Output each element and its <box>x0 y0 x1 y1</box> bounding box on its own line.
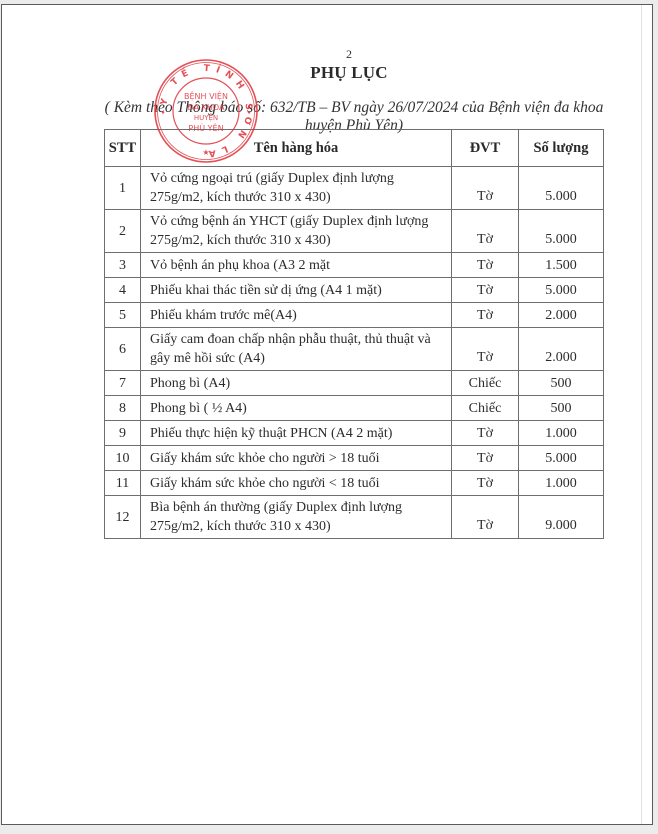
table-row: 11Giấy khám sức khỏe cho người < 18 tuổi… <box>105 471 604 496</box>
item-name-line-2: gây mê hồi sức (A4) <box>150 349 451 368</box>
table-row: 3Vỏ bệnh án phụ khoa (A3 2 mặtTờ1.500 <box>105 253 604 278</box>
subtitle-line-1: ( Kèm theo Thông báo số: 632/TB – BV ngà… <box>104 99 604 117</box>
row-unit: Tờ <box>452 421 519 446</box>
item-name-line-1: Bìa bệnh án thường (giấy Duplex định lượ… <box>150 498 451 517</box>
row-item-name: Vỏ cứng bệnh án YHCT (giấy Duplex định l… <box>141 210 452 253</box>
row-unit: Tờ <box>452 496 519 539</box>
row-stt: 6 <box>105 328 141 371</box>
item-name-line-1: Phiếu thực hiện kỹ thuật PHCN (A4 2 mặt) <box>150 424 451 443</box>
row-stt: 4 <box>105 278 141 303</box>
row-quantity: 5.000 <box>519 210 604 253</box>
row-item-name: Vỏ bệnh án phụ khoa (A3 2 mặt <box>141 253 452 278</box>
row-quantity: 500 <box>519 396 604 421</box>
table-row: 1Vỏ cứng ngoại trú (giấy Duplex định lượ… <box>105 167 604 210</box>
item-name-line-1: Vỏ cứng bệnh án YHCT (giấy Duplex định l… <box>150 212 451 231</box>
document-page: 2 PHỤ LỤC ( Kèm theo Thông báo số: 632/T… <box>1 4 653 825</box>
item-name-line-1: Phiếu khám trước mê(A4) <box>150 306 451 325</box>
row-quantity: 1.000 <box>519 421 604 446</box>
row-quantity: 5.000 <box>519 278 604 303</box>
row-item-name: Phong bì (A4) <box>141 371 452 396</box>
table-row: 9Phiếu thực hiện kỹ thuật PHCN (A4 2 mặt… <box>105 421 604 446</box>
table-row: 4Phiếu khai thác tiền sử dị ứng (A4 1 mặ… <box>105 278 604 303</box>
item-name-line-1: Giấy khám sức khỏe cho người > 18 tuổi <box>150 449 451 468</box>
row-item-name: Giấy khám sức khỏe cho người > 18 tuổi <box>141 446 452 471</box>
item-name-line-2: 275g/m2, kích thước 310 x 430) <box>150 188 451 207</box>
table-row: 6Giấy cam đoan chấp nhận phẫu thuật, thủ… <box>105 328 604 371</box>
row-quantity: 1.000 <box>519 471 604 496</box>
row-stt: 12 <box>105 496 141 539</box>
row-quantity: 9.000 <box>519 496 604 539</box>
header-qty: Số lượng <box>519 130 604 167</box>
row-unit: Tờ <box>452 278 519 303</box>
table-row: 2Vỏ cứng bệnh án YHCT (giấy Duplex định … <box>105 210 604 253</box>
header-stt: STT <box>105 130 141 167</box>
row-unit: Tờ <box>452 253 519 278</box>
item-name-line-1: Giấy cam đoan chấp nhận phẫu thuật, thủ … <box>150 330 451 349</box>
item-name-line-1: Phong bì ( ½ A4) <box>150 399 451 418</box>
item-name-line-2: 275g/m2, kích thước 310 x 430) <box>150 231 451 250</box>
row-stt: 5 <box>105 303 141 328</box>
header-name: Tên hàng hóa <box>141 130 452 167</box>
row-quantity: 5.000 <box>519 167 604 210</box>
item-name-line-1: Vỏ bệnh án phụ khoa (A3 2 mặt <box>150 256 451 275</box>
row-stt: 9 <box>105 421 141 446</box>
row-unit: Tờ <box>452 210 519 253</box>
row-stt: 2 <box>105 210 141 253</box>
row-quantity: 2.000 <box>519 328 604 371</box>
row-quantity: 1.500 <box>519 253 604 278</box>
page-title: PHỤ LỤC <box>2 63 652 83</box>
row-unit: Chiếc <box>452 371 519 396</box>
row-item-name: Bìa bệnh án thường (giấy Duplex định lượ… <box>141 496 452 539</box>
row-quantity: 5.000 <box>519 446 604 471</box>
row-unit: Tờ <box>452 328 519 371</box>
table-body: 1Vỏ cứng ngoại trú (giấy Duplex định lượ… <box>105 167 604 539</box>
row-quantity: 2.000 <box>519 303 604 328</box>
row-stt: 7 <box>105 371 141 396</box>
table-row: 7Phong bì (A4)Chiếc500 <box>105 371 604 396</box>
row-stt: 11 <box>105 471 141 496</box>
item-name-line-1: Giấy khám sức khỏe cho người < 18 tuổi <box>150 474 451 493</box>
row-unit: Tờ <box>452 167 519 210</box>
row-unit: Tờ <box>452 303 519 328</box>
table-header-row: STT Tên hàng hóa ĐVT Số lượng <box>105 130 604 167</box>
item-name-line-1: Vỏ cứng ngoại trú (giấy Duplex định lượn… <box>150 169 451 188</box>
header-unit: ĐVT <box>452 130 519 167</box>
row-unit: Chiếc <box>452 396 519 421</box>
row-stt: 3 <box>105 253 141 278</box>
table-row: 12Bìa bệnh án thường (giấy Duplex định l… <box>105 496 604 539</box>
row-item-name: Phiếu khám trước mê(A4) <box>141 303 452 328</box>
row-stt: 8 <box>105 396 141 421</box>
row-unit: Tờ <box>452 446 519 471</box>
table-row: 8Phong bì ( ½ A4)Chiếc500 <box>105 396 604 421</box>
row-item-name: Phiếu thực hiện kỹ thuật PHCN (A4 2 mặt) <box>141 421 452 446</box>
item-name-line-2: 275g/m2, kích thước 310 x 430) <box>150 517 451 536</box>
row-item-name: Vỏ cứng ngoại trú (giấy Duplex định lượn… <box>141 167 452 210</box>
page-edge-line <box>641 5 642 824</box>
table-row: 10Giấy khám sức khỏe cho người > 18 tuổi… <box>105 446 604 471</box>
item-name-line-1: Phong bì (A4) <box>150 374 451 393</box>
table-row: 5Phiếu khám trước mê(A4)Tờ2.000 <box>105 303 604 328</box>
row-item-name: Giấy khám sức khỏe cho người < 18 tuổi <box>141 471 452 496</box>
row-stt: 1 <box>105 167 141 210</box>
row-item-name: Phong bì ( ½ A4) <box>141 396 452 421</box>
page-number: 2 <box>2 47 652 62</box>
row-item-name: Giấy cam đoan chấp nhận phẫu thuật, thủ … <box>141 328 452 371</box>
row-unit: Tờ <box>452 471 519 496</box>
row-item-name: Phiếu khai thác tiền sử dị ứng (A4 1 mặt… <box>141 278 452 303</box>
goods-table: STT Tên hàng hóa ĐVT Số lượng 1Vỏ cứng n… <box>104 129 604 539</box>
row-quantity: 500 <box>519 371 604 396</box>
item-name-line-1: Phiếu khai thác tiền sử dị ứng (A4 1 mặt… <box>150 281 451 300</box>
row-stt: 10 <box>105 446 141 471</box>
